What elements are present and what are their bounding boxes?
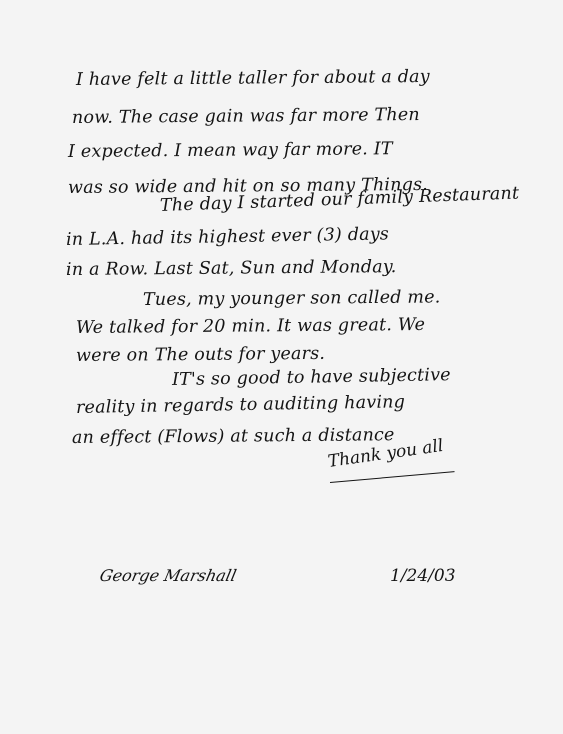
body-line: Tues, my younger son called me. <box>143 287 441 310</box>
letter-date: 1/24/03 <box>390 566 456 586</box>
closing-underline <box>330 471 455 483</box>
body-line: an effect (Flows) at such a distance <box>72 425 395 448</box>
letter-page: I have felt a little taller for about a … <box>0 0 563 734</box>
body-line: IT's so good to have subjective <box>172 365 451 390</box>
body-line: I expected. I mean way far more. IT <box>68 139 393 162</box>
body-line: reality in regards to auditing having <box>76 392 405 418</box>
body-line: were on The outs for years. <box>76 344 325 366</box>
body-line: I have felt a little taller for about a … <box>76 67 430 90</box>
body-line: in a Row. Last Sat, Sun and Monday. <box>66 257 397 280</box>
body-line: We talked for 20 min. It was great. We <box>76 315 425 338</box>
body-line: in L.A. had its highest ever (3) days <box>66 224 389 250</box>
body-line: now. The case gain was far more Then <box>72 105 420 128</box>
signature: George Marshall <box>98 566 238 585</box>
